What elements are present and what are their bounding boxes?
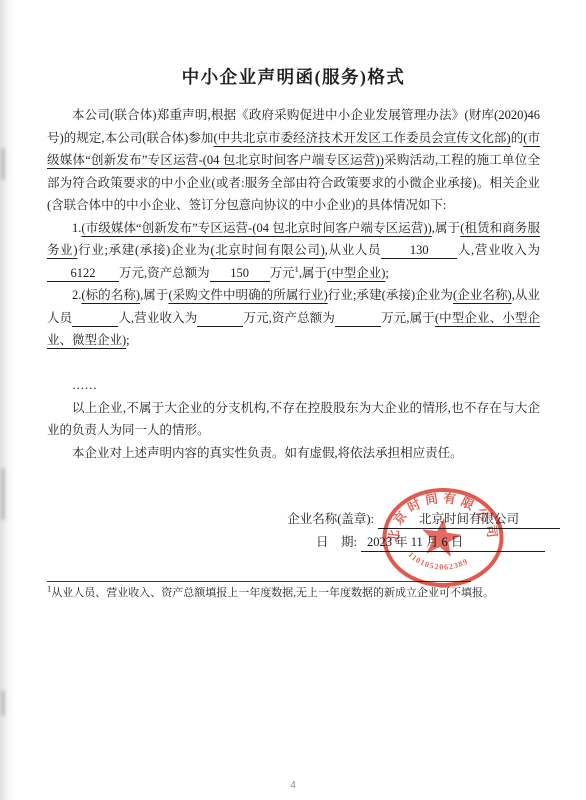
text-segment: 万元,资产总额为: [243, 311, 335, 325]
declaration-item-1: 1.(市级媒体“创新发布”专区运营-(04 包北京时间客户端专区运营)),属于(…: [47, 217, 540, 285]
company-name-label: 企业名称(盖章):: [287, 509, 374, 527]
declaration-document-page: 中小企业声明函(服务)格式 本公司(联合体)郑重声明,根据《政府采购促进中小企业…: [0, 0, 586, 800]
company-name-row: 企业名称(盖章): 北京时间有限公司: [0, 509, 560, 532]
text-segment: 万元,属于: [381, 311, 435, 325]
text-segment: 行业;承建(承接)企业为: [78, 243, 211, 257]
document-title: 中小企业声明函(服务)格式: [47, 64, 540, 90]
form-filled-field: [197, 311, 243, 327]
date-row: 日 期: 2023 年 11 月 6 日: [0, 532, 545, 555]
document-body: 中小企业声明函(服务)格式 本公司(联合体)郑重声明,根据《政府采购促进中小企业…: [47, 64, 540, 464]
page-number: 4: [0, 779, 586, 791]
text-segment: 的: [511, 131, 524, 145]
date-label: 日 期:: [316, 532, 357, 550]
signature-block: 企业名称(盖章): 北京时间有限公司 日 期: 2023 年 11 月 6 日: [0, 509, 586, 554]
text-segment: 行业;承建(承接)企业为: [328, 288, 453, 302]
text-segment: 2.: [72, 288, 81, 302]
text-segment: ,属于: [140, 288, 168, 302]
text-segment: ,从业人员: [325, 243, 381, 257]
paragraph-declaration-intro: 本公司(联合体)郑重声明,根据《政府采购促进中小企业发展管理办法》(财库(202…: [47, 104, 540, 217]
form-filled-field: 130: [381, 243, 457, 259]
date-value: 2023 年 11 月 6 日: [361, 532, 545, 552]
form-filled-field: [335, 311, 381, 327]
form-filled-field: 150: [210, 266, 270, 282]
text-segment: 1.: [72, 221, 81, 235]
text-segment: 本企业对上述声明内容的真实性负责。如有虚假,将依法承担相应责任。: [72, 446, 463, 460]
underlined-text: (市级媒体“创新发布”专区运营-(04 包北京时间客户端专区运营)): [81, 221, 431, 235]
scan-smudge: [1, 690, 5, 716]
paragraph-responsibility: 本企业对上述声明内容的真实性负责。如有虚假,将依法承担相应责任。: [47, 442, 540, 465]
underlined-text: (中共北京市委经济技术开发区工作委员会宣传文化部): [214, 131, 511, 145]
text-segment: ;: [126, 333, 129, 347]
scan-edge-shadow: [0, 0, 15, 800]
footnote-body: 从业人员、营业收入、资产总额填报上一年度数据,无上一年度数据的新成立企业可不填报…: [51, 587, 494, 599]
underlined-text: (采购文件中明确的所属行业): [168, 288, 327, 302]
footnote-block: 1从业人员、营业收入、资产总额填报上一年度数据,无上一年度数据的新成立企业可不填…: [47, 581, 540, 601]
text-segment: ,属于: [432, 221, 460, 235]
company-name-value: 北京时间有限公司: [378, 509, 560, 529]
text-segment: 万元,资产总额为: [119, 266, 210, 280]
text-segment: ,属于: [299, 266, 327, 280]
footnote-separator: [47, 581, 471, 582]
text-segment: ;: [385, 266, 388, 280]
underlined-text: (北京时间有限公司): [210, 243, 324, 257]
form-filled-field: [72, 311, 118, 327]
underlined-text: (企业名称): [453, 288, 512, 302]
declaration-item-2: 2.(标的名称),属于(采购文件中明确的所属行业)行业;承建(承接)企业为(企业…: [47, 284, 540, 352]
scan-smudge: [1, 148, 5, 180]
text-segment: 以上企业,不属于大企业的分支机构,不存在控股股东为大企业的情形,也不存在与大企业…: [47, 401, 540, 438]
form-filled-field: 6122: [47, 266, 119, 282]
text-segment: ……: [72, 378, 97, 392]
footnote-text: 1从业人员、营业收入、资产总额填报上一年度数据,无上一年度数据的新成立企业可不填…: [47, 586, 540, 601]
text-segment: 人,营业收入为: [457, 243, 540, 257]
text-segment: 人,营业收入为: [118, 311, 197, 325]
underlined-text: (中型企业): [327, 266, 385, 280]
ellipsis-line: ……: [47, 374, 540, 397]
underlined-text: (标的名称): [81, 288, 140, 302]
text-segment: 万元: [270, 266, 295, 280]
paragraph-not-large-enterprise: 以上企业,不属于大企业的分支机构,不存在控股股东为大企业的情形,也不存在与大企业…: [47, 397, 540, 442]
